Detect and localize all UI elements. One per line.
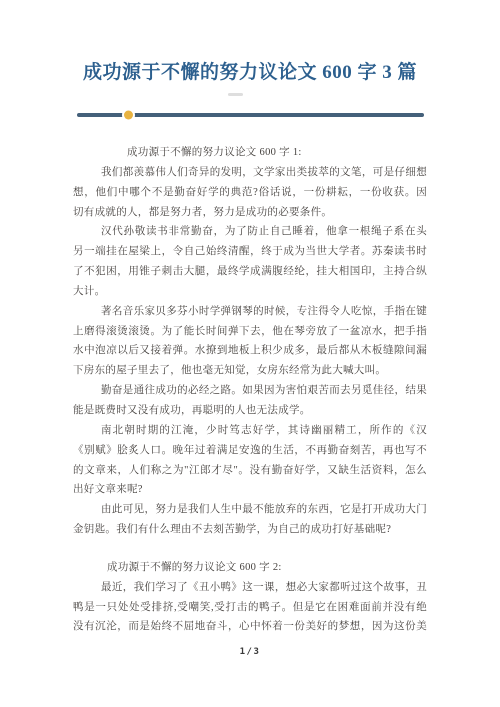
- text-line: 《别赋》脍炙人口。晚年过着满足安逸的生活，不再勤奋刻苦，再也写不出好: [73, 441, 427, 461]
- title-underline-mark: [228, 93, 243, 96]
- text-line: 另一端挂在屋梁上，令自己始终清醒，终于成为当世大学者。苏秦读书时也为: [73, 242, 427, 262]
- text-line: 了不犯困，用锥子刺击大腿，最终学成满腹经纶，挂大相国印，主持合纵抗秦: [73, 262, 427, 282]
- text-line: 最近，我们学习了《丑小鸭》这一课，想必大家都听过这个故事，丑小: [73, 578, 427, 598]
- text-line: 下房东的屋子里去了，他也毫无知觉，女房东经常为此大喊大叫。: [73, 361, 427, 381]
- section-heading-line: 成功源于不懈的努力议论文 600 字 2:: [73, 558, 427, 578]
- section-heading-line: 成功源于不懈的努力议论文 600 字 1:: [73, 143, 427, 163]
- text-line: 上磨得滚烫滚烫。为了能长时间弹下去，他在琴旁放了一盆凉水，把手指浸在: [73, 322, 427, 342]
- text-line: 没有沉沦，而是始终不屈地奋斗，心中怀着一份美好的梦想，因为这份美好的: [73, 617, 427, 637]
- text-line: 想，他们中哪个不是勤奋好学的典范?俗话说，一份耕耘，一份收获。因此，一: [73, 183, 427, 203]
- text-line: 切有成就的人，都是努力者，努力是成功的必要条件。: [73, 203, 427, 223]
- page-number: 1/3: [0, 646, 500, 658]
- text-line: 的文章来，人们称之为"江郎才尽"。没有勤奋好学，又缺生活资料，怎么会写: [73, 461, 427, 481]
- title-divider: [77, 113, 424, 117]
- text-line: 由此可见，努力是我们人生中最不能放弃的东西，它是打开成功大门的: [73, 500, 427, 520]
- text-line: 金钥匙。我们有什么理由不去刻苦勤学，为自己的成功打好基础呢?: [73, 520, 427, 540]
- text-line: 水中泡凉以后又接着弹。水撩到地板上积少成多，最后都从木板缝隙间漏到楼: [73, 341, 427, 361]
- text-line: 鸭是一只处处受排挤,受嘲笑,受打击的鸭子。但是它在困难面前并没有绝望，: [73, 598, 427, 618]
- text-line: 大计。: [73, 282, 427, 302]
- text-line: 出好文章来呢?: [73, 480, 427, 500]
- text-line: 南北朝时期的江淹，少时笃志好学，其诗幽丽精工，所作的《汉赋》、: [73, 421, 427, 441]
- document-page: 成功源于不懈的努力议论文 600 字 3 篇 成功源于不懈的努力议论文 600 …: [0, 0, 500, 707]
- text-line: 著名音乐家贝多芬小时学弹钢琴的时候，专注得令人吃惊，手指在键盘: [73, 302, 427, 322]
- document-title: 成功源于不懈的努力议论文 600 字 3 篇: [0, 57, 500, 84]
- article-body: 成功源于不懈的努力议论文 600 字 1:我们都羡慕伟人们奇异的发明，文学家出类…: [73, 143, 427, 637]
- text-line: 汉代孙敬读书非常勤奋，为了防止自己睡着，他拿一根绳子系在头顶，: [73, 222, 427, 242]
- text-line: 能是既费时又没有成功，再聪明的人也无法成学。: [73, 401, 427, 421]
- text-line: 勤奋是通往成功的必经之路。如果因为害怕艰苦而去另觅佳径，结果只: [73, 381, 427, 401]
- text-line: 我们都羡慕伟人们奇异的发明，文学家出类拔萃的文笔，可是仔细想: [73, 163, 427, 183]
- divider-dot-icon: [124, 111, 133, 120]
